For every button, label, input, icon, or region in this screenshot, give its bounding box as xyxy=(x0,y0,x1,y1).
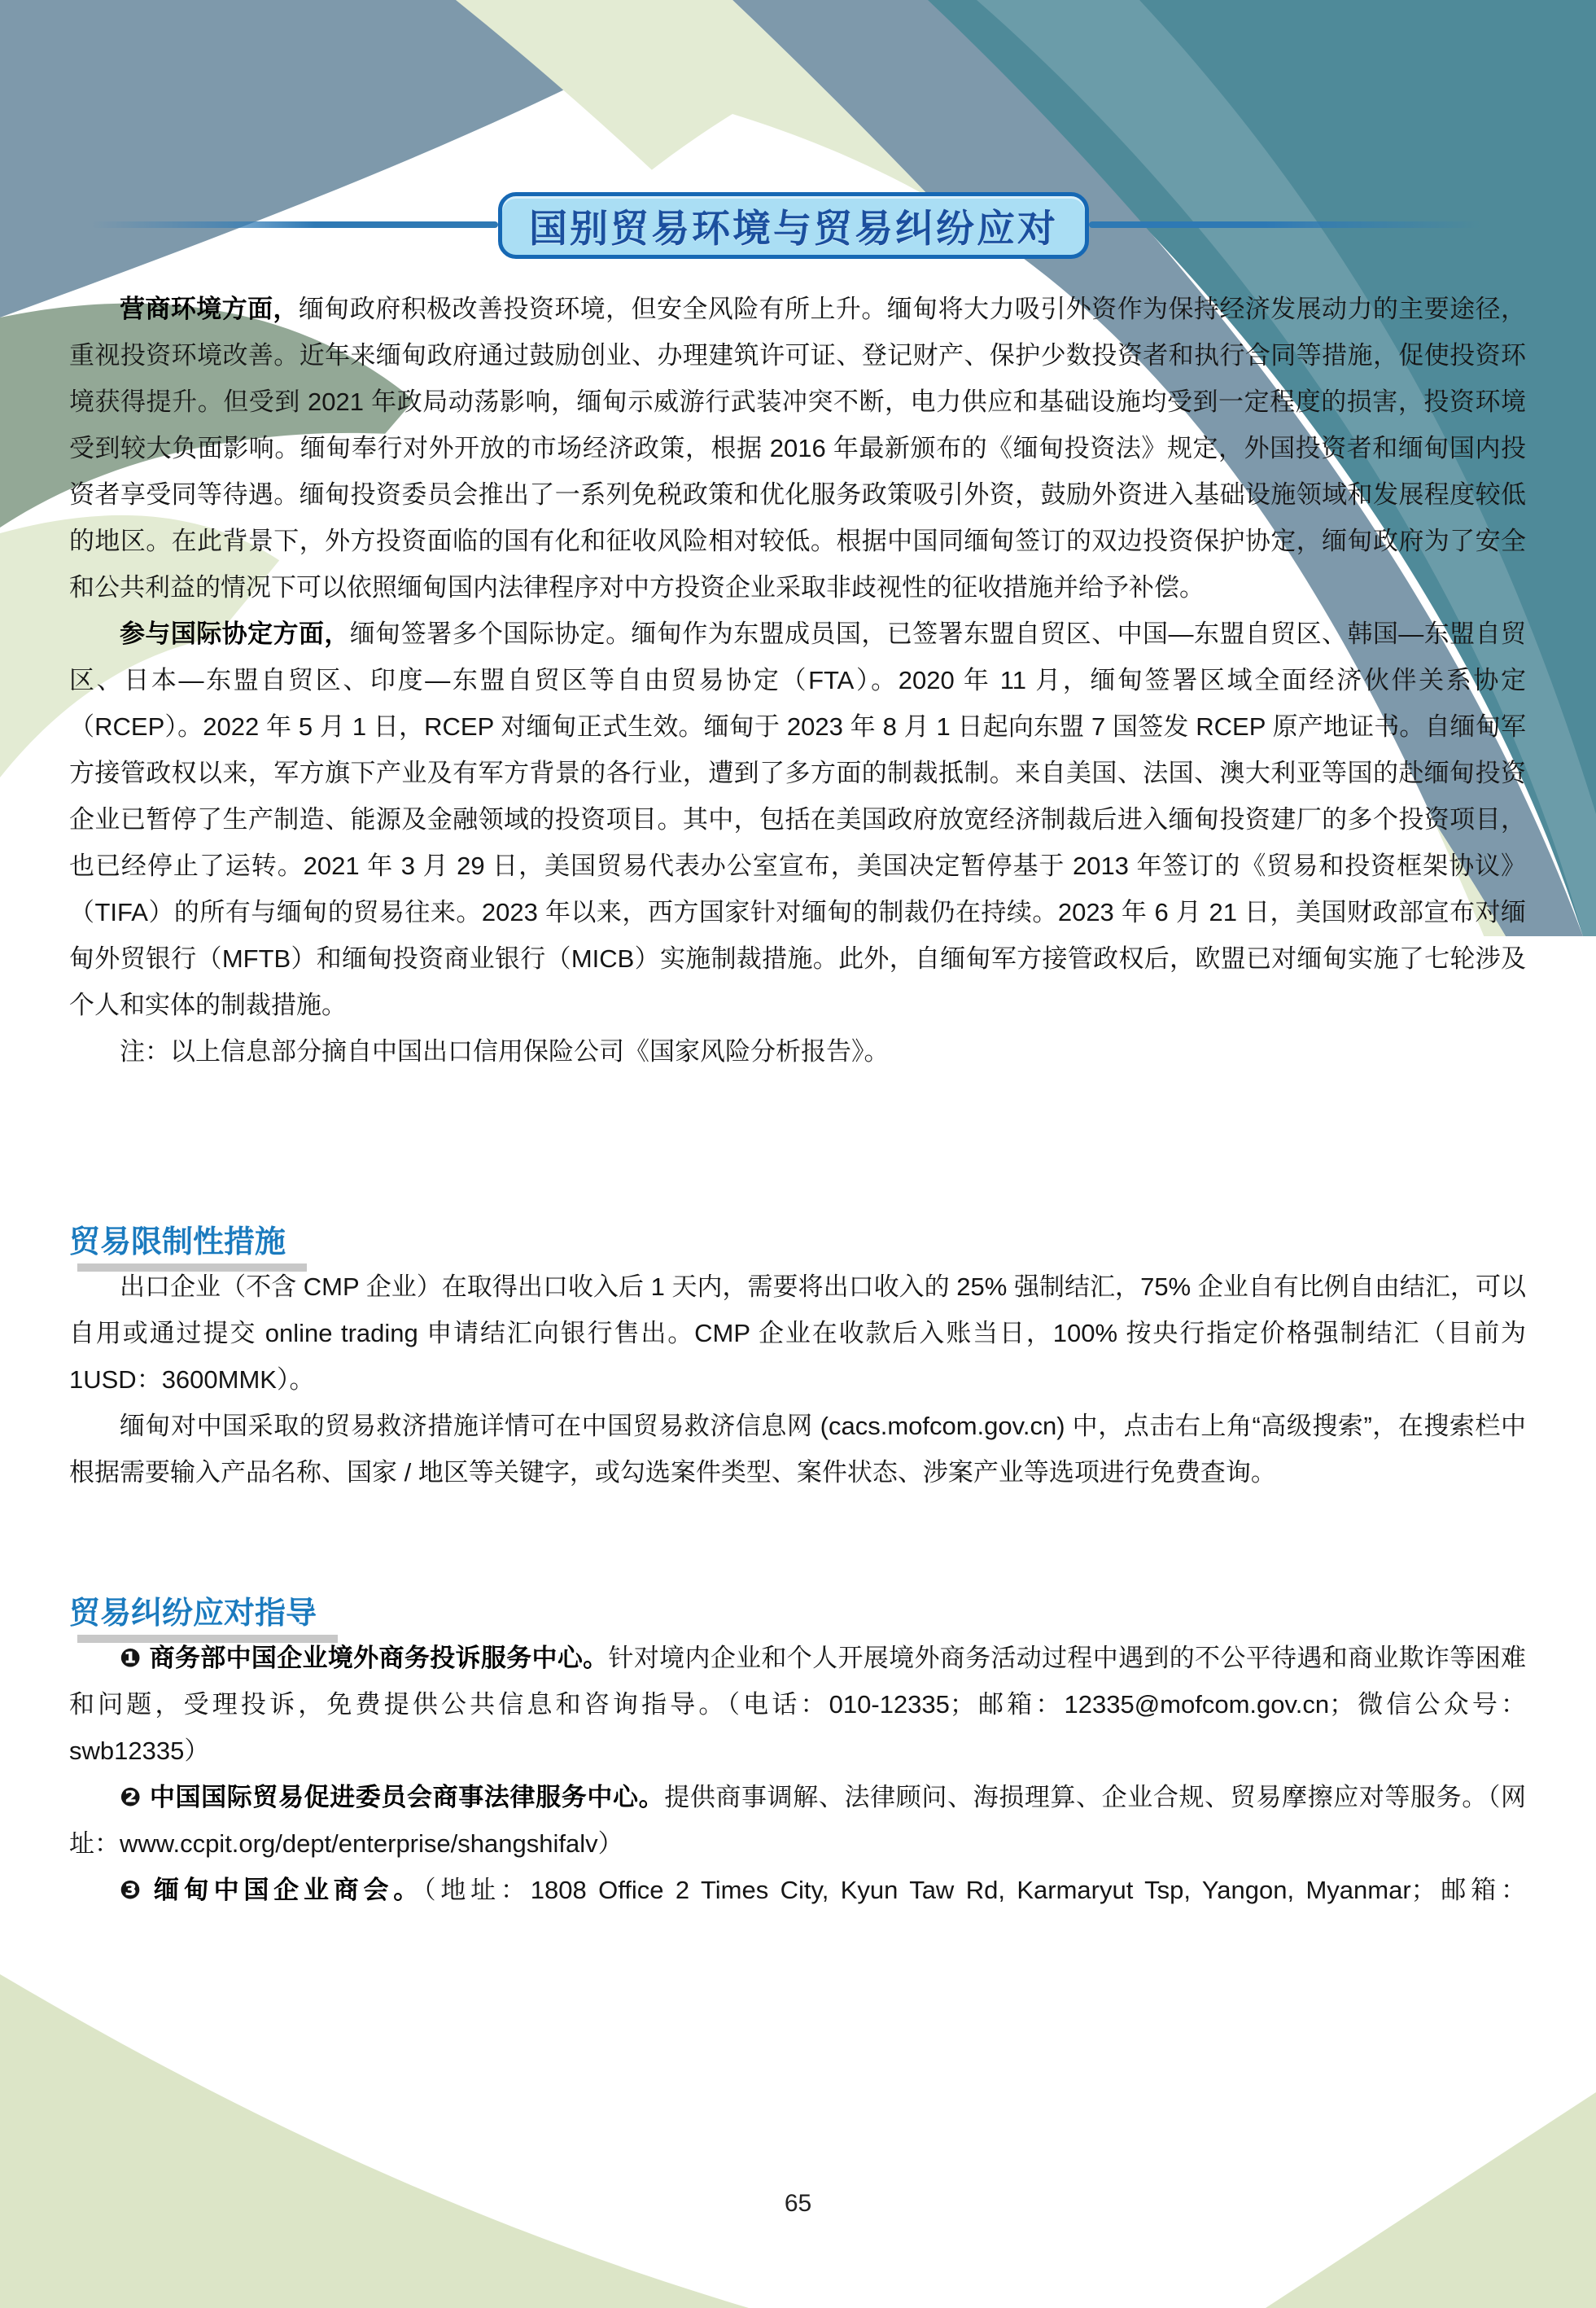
decorative-rule-left xyxy=(91,221,498,228)
item-number-icon: ❷ xyxy=(120,1783,142,1811)
item-number-icon: ❶ xyxy=(120,1644,142,1672)
item-number-icon: ❸ xyxy=(120,1876,146,1904)
heading-text: 贸易限制性措施 xyxy=(69,1223,289,1263)
decorative-rule-right xyxy=(1089,221,1481,228)
paragraph-trade-remedy-info: 缅甸对中国采取的贸易救济措施详情可在中国贸易救济信息网 (cacs.mofcom… xyxy=(69,1403,1526,1496)
paragraph-business-environment: 营商环境方面，缅甸政府积极改善投资环境，但安全风险有所上升。缅甸将大力吸引外资作… xyxy=(69,286,1526,611)
paragraph-international-agreements: 参与国际协定方面，缅甸签署多个国际协定。缅甸作为东盟成员国，已签署东盟自贸区、中… xyxy=(69,611,1526,1028)
paragraph-forex-settlement: 出口企业（不含 CMP 企业）在取得出口收入后 1 天内，需要将出口收入的 25… xyxy=(69,1263,1526,1403)
item-lead: 中国国际贸易促进委员会商事法律服务中心。 xyxy=(150,1783,664,1811)
paragraph-text: 缅甸签署多个国际协定。缅甸作为东盟成员国，已签署东盟自贸区、中国—东盟自贸区、韩… xyxy=(69,620,1526,1019)
source-note: 注：以上信息部分摘自中国出口信用保险公司《国家风险分析报告》。 xyxy=(69,1028,1526,1075)
guidance-item-3: ❸缅甸中国企业商会。（地址：1808 Office 2 Times City, … xyxy=(69,1867,1526,1913)
paragraph-text: 缅甸政府积极改善投资环境，但安全风险有所上升。缅甸将大力吸引外资作为保持经济发展… xyxy=(69,295,1526,602)
section-heading-trade-restrictions: 贸易限制性措施 xyxy=(69,1223,1526,1263)
paragraph-lead: 参与国际协定方面， xyxy=(120,620,350,648)
paragraph-lead: 营商环境方面， xyxy=(120,295,299,323)
page-title: 国别贸易环境与贸易纠纷应对 xyxy=(529,199,1058,253)
document-body: 营商环境方面，缅甸政府积极改善投资环境，但安全风险有所上升。缅甸将大力吸引外资作… xyxy=(69,286,1526,1913)
heading-text: 贸易纠纷应对指导 xyxy=(69,1594,320,1635)
page-number: 65 xyxy=(0,2190,1596,2218)
guidance-item-2: ❷中国国际贸易促进委员会商事法律服务中心。提供商事调解、法律顾问、海损理算、企业… xyxy=(69,1774,1526,1867)
guidance-item-1: ❶商务部中国企业境外商务投诉服务中心。针对境内企业和个人开展境外商务活动过程中遇… xyxy=(69,1635,1526,1774)
page-title-banner: 国别贸易环境与贸易纠纷应对 xyxy=(498,192,1089,259)
item-lead: 商务部中国企业境外商务投诉服务中心。 xyxy=(150,1644,609,1672)
section-heading-dispute-guidance: 贸易纠纷应对指导 xyxy=(69,1594,1526,1635)
item-text: （地址：1808 Office 2 Times City, Kyun Taw R… xyxy=(423,1876,1526,1904)
item-lead: 缅甸中国企业商会。 xyxy=(154,1876,423,1904)
